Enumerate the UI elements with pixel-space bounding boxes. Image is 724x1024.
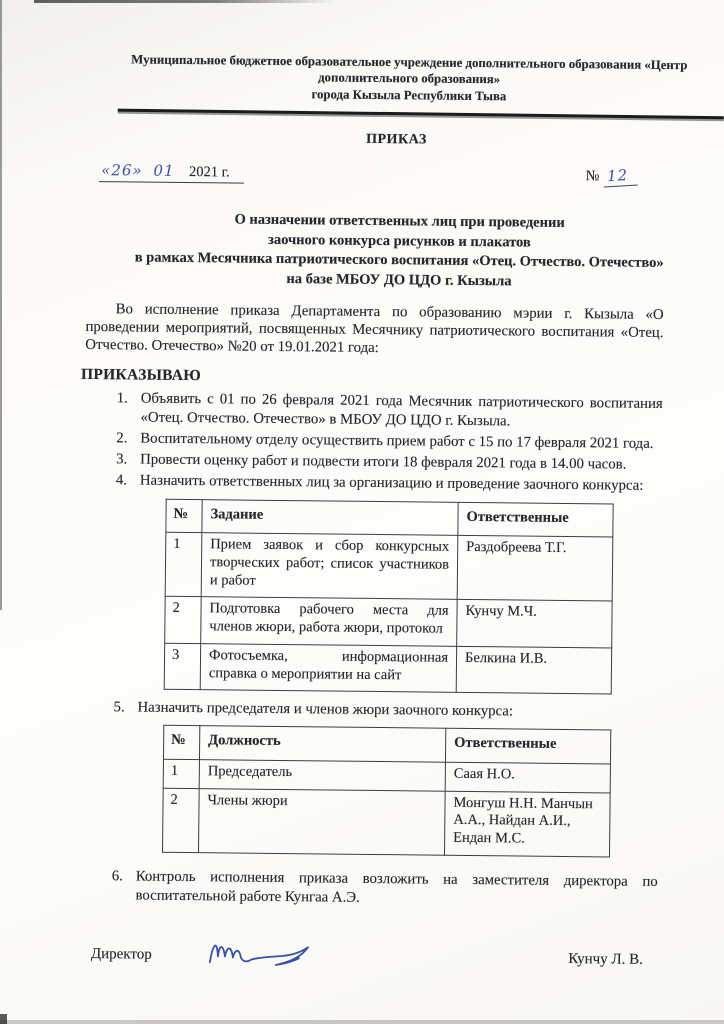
date-field: «26» 01 2021 г. [99,161,244,184]
table-cell-task: Фотосъемка, информационная справка о мер… [200,643,456,692]
handwritten-order-number: 12 [603,166,638,188]
table-cell-num: 2 [163,788,200,852]
signature-block: Директор Кунчу Л. В. [79,931,657,983]
list-item: 6. Контроль исполнения приказа возложить… [79,867,657,912]
order-title: О назначении ответственных лиц при прове… [104,209,695,293]
table-row: 1 Прием заявок и сбор конкурсных творчес… [165,533,613,602]
table-cell-num: 1 [163,759,199,788]
table-header-responsible: Ответственные [458,502,613,537]
scanned-order-document: Муниципальное бюджетное образовательное … [0,0,724,1024]
header-divider-rule [118,109,724,120]
table-cell-position: Председатель [199,760,445,791]
order-number-field: № 12 [586,166,638,187]
organization-header: Муниципальное бюджетное образовательное … [128,51,690,106]
table-cell-responsible: Саая Н.О. [445,762,610,792]
list-item-number: 5. [113,698,137,717]
table-row: 2 Подготовка рабочего места для членов ж… [165,597,612,648]
list-item-number: 3. [116,450,140,469]
table-cell-num: 2 [165,597,201,644]
table-row: 3 Фотосъемка, информационная справка о м… [164,643,611,694]
table-header-responsible: Ответственные [445,729,610,764]
list-item-text: Назначить председателя и членов жюри зао… [137,699,659,724]
table-header-row: № Задание Ответственные [166,499,613,537]
table-cell-responsible: Белкина И.В. [456,646,611,694]
list-item-number: 1. [116,389,140,428]
table-header-num: № [163,726,199,760]
signer-role: Директор [91,946,152,964]
table-header-num: № [166,499,202,533]
table-cell-responsible: Раздобреева Т.Г. [457,536,613,602]
list-item: 1. Объявить с 01 по 26 февраля 2021 года… [84,388,662,433]
list-item-text: Назначить ответственных лиц за организац… [140,472,662,497]
document-content: Муниципальное бюджетное образовательное … [0,0,724,1024]
list-item-text: Контроль исполнения приказа возложить на… [135,867,657,911]
order-items-list: 1. Объявить с 01 по 26 февраля 2021 года… [84,388,663,496]
list-item-number: 6. [111,867,135,906]
handwritten-month: 01 [153,162,174,180]
responsibles-table: № Задание Ответственные 1 Прием заявок и… [164,498,614,694]
intro-paragraph: Во исполнение приказа Департамента по об… [85,300,664,360]
number-label: № [586,168,600,184]
table-cell-responsible: Монгуш Н.Н. Манчын А.А., Найдан А.И., Ен… [444,791,610,857]
table-header-position: Должность [199,726,445,762]
list-item-number: 2. [116,429,140,448]
printed-year: 2021 г. [189,164,230,180]
list-item-text: Провести оценку работ и подвести итоги 1… [140,451,662,476]
table-header-task: Задание [202,499,458,535]
list-item-text: Воспитательному отделу осуществить прием… [140,429,662,454]
document-type-heading: ПРИКАЗ [127,129,665,151]
list-item-number: 4. [116,472,140,491]
date-open-quote: « [101,161,111,179]
table-row: 1 Председатель Саая Н.О. [163,759,610,792]
table-cell-num: 1 [165,533,202,597]
handwritten-day: 26 [111,161,132,179]
date-close-quote: » [132,162,142,180]
order-word: ПРИКАЗЫВАЮ [81,365,663,389]
table-cell-task: Прием заявок и сбор конкурсных творчески… [201,533,458,600]
list-item-text: Объявить с 01 по 26 февраля 2021 года Ме… [140,389,662,433]
table-cell-task: Подготовка рабочего места для членов жюр… [201,597,457,646]
signature-scribble [200,926,331,979]
table-cell-position: Члены жюри [199,788,446,855]
list-item: 4. Назначить ответственных лиц за органи… [84,471,662,496]
signer-name: Кунчу Л. В. [568,951,643,969]
table-header-row: № Должность Ответственные [163,726,610,764]
table-row: 2 Члены жюри Монгуш Н.Н. Манчын А.А., На… [163,788,611,857]
table-cell-num: 3 [164,643,200,690]
jury-table: № Должность Ответственные 1 Председатель… [162,725,611,857]
list-item: 5. Назначить председателя и членов жюри … [81,698,659,723]
table-cell-responsible: Кунчу М.Ч. [457,600,612,648]
date-number-row: «26» 01 2021 г. № 12 [99,161,665,188]
